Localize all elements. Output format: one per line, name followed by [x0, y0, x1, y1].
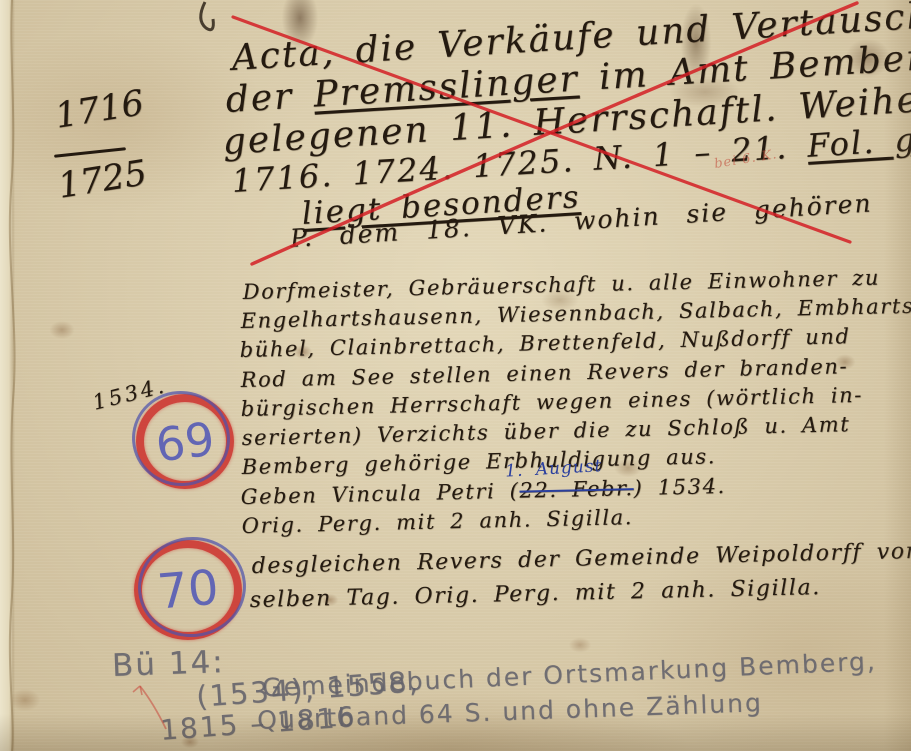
entry-69-line-7: Bemberg gehörige Erbhuldigung aus. [241, 444, 716, 479]
struck-date-text: 22. Febr. [519, 476, 634, 503]
entry-69-line-8: Geben Vincula Petri (22. Febr.1. August)… [240, 474, 726, 509]
entry-69-number-stamp: 69 [136, 394, 234, 489]
entry-70-line-2: selben Tag. Orig. Perg. mit 2 anh. Sigil… [249, 575, 821, 613]
entry-69-line-9: Orig. Perg. mit 2 anh. Sigilla. [241, 505, 633, 538]
cut-off-ink-stroke [201, 2, 214, 30]
entry-69-struck-date: 22. Febr.1. August [519, 476, 634, 503]
entry-69-line-8-pre: Geben Vincula Petri ( [240, 479, 519, 509]
entry-69-line-8-post: ) 1534. [633, 474, 726, 500]
stamp-number-70: 70 [130, 535, 246, 644]
entry-70-line-1: desgleichen Revers der Gemeinde Weipoldo… [251, 539, 911, 579]
margin-date-1716: 1716 [52, 83, 146, 136]
paper-deckle-edge [0, 0, 15, 751]
entry-70-number-stamp: 70 [134, 540, 242, 640]
title-line-2-pre: der [224, 75, 314, 121]
stamp-number-69: 69 [131, 388, 240, 494]
manuscript-page: 1716 1725 Acta, die Verkäufe und Vertaus… [0, 0, 911, 751]
red-arrow-head [133, 686, 142, 695]
margin-date-1725: 1725 [55, 153, 149, 206]
margin-date-divider [54, 147, 126, 158]
